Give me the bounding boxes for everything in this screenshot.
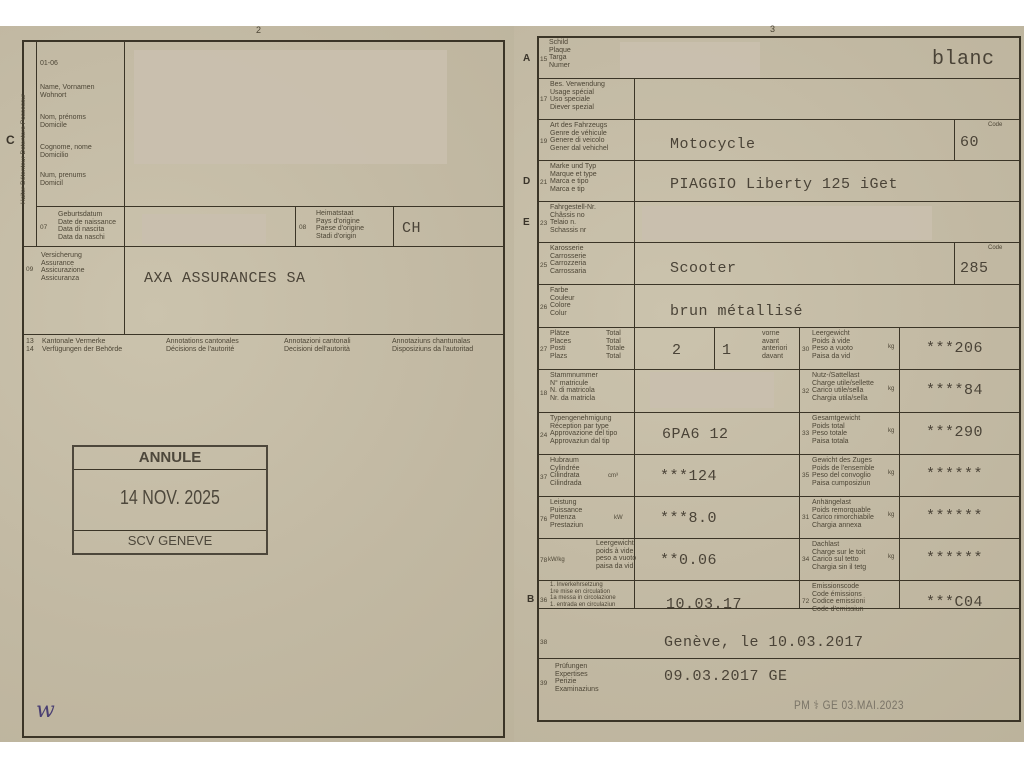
- trailer-load-value: ******: [926, 508, 983, 525]
- holder-label-de: Name, Vornamen Wohnort: [40, 84, 94, 99]
- holder-value-redacted: [134, 50, 447, 164]
- frame-top: [22, 40, 504, 42]
- vehicle-type-code: 19: [540, 138, 547, 145]
- divider: [537, 284, 1021, 285]
- vehicle-type-code-label: Code: [988, 122, 1002, 128]
- seats-label-total: Total Total Totale Total: [606, 330, 625, 360]
- first-registration-label: 1. Inverkehrsetzung 1re mise en circulat…: [550, 582, 616, 608]
- left-page: 2 C Halter Détenteur Detentore Possessur…: [0, 26, 516, 742]
- vehicle-type-label: Art des Fahrzeugs Genre de véhicule Gene…: [550, 122, 608, 152]
- train-weight-unit: kg: [888, 470, 894, 476]
- frame-bottom: [22, 736, 505, 738]
- cancel-stamp-office: SCV GENEVE: [74, 533, 266, 548]
- displacement-label: Hubraum Cylindrée Cilindrata Cilindrada: [550, 457, 582, 487]
- train-weight-value: ******: [926, 466, 983, 483]
- payload-value: ****84: [926, 382, 983, 399]
- inspection-stamp: PM ⚕ GE 03.MAI.2023: [794, 698, 904, 712]
- frame-top: [537, 36, 1021, 38]
- seats-code: 27: [540, 346, 547, 353]
- inspections-code: 39: [540, 680, 547, 687]
- divider: [22, 334, 504, 335]
- color-code: 26: [540, 304, 547, 311]
- issued-code: 38: [540, 639, 547, 646]
- divider: [537, 369, 1021, 370]
- divider: [537, 538, 1021, 539]
- total-weight-value: ***290: [926, 424, 983, 441]
- roof-load-label: Dachlast Charge sur le toit Carico sul t…: [812, 541, 866, 571]
- vehicle-type-value: Motocycle: [670, 136, 756, 153]
- section-letter-b: B: [527, 594, 534, 605]
- make-model-label: Marke und Typ Marque et type Marca e tip…: [550, 163, 597, 193]
- power-unit: kW: [614, 515, 623, 521]
- plate-value-redacted: [620, 42, 760, 78]
- trailer-load-unit: kg: [888, 512, 894, 518]
- inspections-label: Prüfungen Expertises Perizie Examinaziun…: [555, 663, 599, 693]
- chassis-label: Fahrgestell-Nr. Châssis no Telaio n. Sch…: [550, 204, 596, 234]
- divider: [537, 412, 1021, 413]
- origin-code: 08: [299, 224, 306, 231]
- displacement-unit: cm³: [608, 473, 618, 479]
- first-registration-value: 10.03.17: [666, 596, 742, 613]
- plate-code: 15: [540, 56, 547, 63]
- first-registration-code: 36: [540, 597, 547, 604]
- divider: [537, 658, 1021, 659]
- total-weight-unit: kg: [888, 428, 894, 434]
- color-label: Farbe Couleur Colore Colur: [550, 287, 575, 317]
- payload-label: Nutz-/Sattellast Charge utile/sellette C…: [812, 372, 874, 402]
- seats-front-value: 1: [722, 342, 732, 359]
- divider: [36, 40, 37, 246]
- special-use-code: 17: [540, 96, 547, 103]
- frame-bottom: [537, 720, 1021, 722]
- roof-load-value: ******: [926, 550, 983, 567]
- divider: [537, 242, 1021, 243]
- power-label: Leistung Puissance Potenza Prestaziun: [550, 499, 583, 529]
- body-value: Scooter: [670, 260, 737, 277]
- body-code-value: 285: [960, 260, 989, 277]
- vehicle-type-code-value: 60: [960, 134, 979, 151]
- divider: [537, 201, 1021, 202]
- displacement-value: ***124: [660, 468, 717, 485]
- annotations-label-it: Annotazioni cantonali Decisioni dell'aut…: [284, 338, 351, 353]
- empty-weight-value: ***206: [926, 340, 983, 357]
- origin-label: Heimatstaat Pays d'origine Paese d'origi…: [316, 210, 364, 240]
- issued-value: Genève, le 10.03.2017: [664, 634, 864, 651]
- section-letter-a: A: [523, 53, 530, 64]
- matricule-label: Stammnummer N° matricule N. di matricola…: [550, 372, 598, 402]
- insurance-label: Versicherung Assurance Assicurazione Ass…: [41, 252, 85, 282]
- plate-label: Schild Plaque Targa Numer: [549, 39, 571, 69]
- power-ratio-value: **0.06: [660, 552, 717, 569]
- power-code: 76: [540, 516, 547, 523]
- trailer-load-code: 31: [802, 514, 809, 521]
- birthdate-value-redacted: [142, 214, 266, 244]
- matricule-value-redacted: [650, 372, 774, 408]
- divider: [74, 530, 266, 531]
- seats-front-label: vorne avant anteriori davant: [762, 330, 787, 360]
- divider: [537, 119, 1021, 120]
- empty-weight-unit: kg: [888, 344, 894, 350]
- make-model-code: 21: [540, 179, 547, 186]
- divider: [954, 242, 955, 284]
- divider: [124, 40, 125, 335]
- frame-right: [503, 40, 505, 738]
- body-label: Karosserie Carrosserie Carrozzeria Carro…: [550, 245, 586, 275]
- empty-weight-code: 30: [802, 346, 809, 353]
- empty-weight-label: Leergewicht Poids à vide Peso a vuoto Pa…: [812, 330, 853, 360]
- divider: [22, 246, 504, 247]
- frame-right: [1019, 36, 1021, 722]
- chassis-value-redacted: [642, 206, 932, 240]
- annotations-label-rm: Annotaziuns chantunalas Disposiziuns da …: [392, 338, 473, 353]
- power-ratio-unit: kW/kg: [548, 557, 565, 563]
- divider: [295, 206, 296, 246]
- divider: [537, 496, 1021, 497]
- roof-load-unit: kg: [888, 554, 894, 560]
- divider: [954, 119, 955, 160]
- holder-label-fr: Nom, prénoms Domicile: [40, 114, 86, 129]
- color-value: brun métallisé: [670, 303, 803, 320]
- seats-label: Plätze Places Posti Plazs: [550, 330, 571, 360]
- divider: [537, 454, 1021, 455]
- matricule-code: 18: [540, 390, 547, 397]
- payload-unit: kg: [888, 386, 894, 392]
- total-weight-code: 33: [802, 430, 809, 437]
- roof-load-code: 34: [802, 556, 809, 563]
- type-approval-code: 24: [540, 432, 547, 439]
- special-use-label: Bes. Verwendung Usage spécial Uso specia…: [550, 81, 605, 111]
- holder-field-code: 01-06: [40, 60, 58, 68]
- power-ratio-code: 78: [540, 557, 547, 564]
- train-weight-code: 35: [802, 472, 809, 479]
- birthdate-label: Geburtsdatum Date de naissance Data di n…: [58, 211, 116, 241]
- plate-color: blanc: [932, 48, 995, 71]
- divider: [537, 160, 1021, 161]
- section-letter-d: D: [523, 176, 530, 187]
- right-page: 3 A 15 Schild Plaque Targa Numer blanc 1…: [514, 26, 1024, 742]
- annotations-label-de: Kantonale Vermerke Verfügungen der Behör…: [42, 338, 122, 353]
- handwritten-mark: w: [36, 698, 55, 723]
- total-weight-label: Gesamtgewicht Poids total Peso totale Pa…: [812, 415, 860, 445]
- train-weight-label: Gewicht des Zuges Poids de l'ensemble Pe…: [812, 457, 874, 487]
- trailer-load-label: Anhängelast Poids remorquable Carico rim…: [812, 499, 874, 529]
- seats-total-value: 2: [672, 342, 682, 359]
- type-approval-label: Typengenehmigung Réception par type Appr…: [550, 415, 617, 445]
- section-letter-c: C: [6, 133, 15, 147]
- cancel-stamp: ANNULE 14 NOV. 2025 SCV GENEVE: [72, 445, 268, 555]
- section-letter-e: E: [523, 217, 530, 228]
- holder-label-it: Cognome, nome Domicilio: [40, 144, 92, 159]
- body-code-label: Code: [988, 245, 1002, 251]
- divider: [537, 580, 1021, 581]
- power-value: ***8.0: [660, 510, 717, 527]
- insurance-value: AXA ASSURANCES SA: [144, 270, 306, 287]
- annotations-label-fr: Annotations cantonales Décisions de l'au…: [166, 338, 239, 353]
- holder-vertical-label: Halter Détenteur Detentore Possessur: [20, 94, 27, 204]
- annotations-codes: 13 14: [26, 338, 34, 353]
- page-number-left: 2: [256, 25, 261, 35]
- divider: [714, 327, 715, 369]
- divider: [537, 327, 1021, 328]
- frame-left: [537, 36, 539, 722]
- chassis-code: 23: [540, 220, 547, 227]
- power-ratio-label: Leergewicht poids à vide peso a vuoto pa…: [596, 540, 636, 570]
- divider: [74, 469, 266, 470]
- inspections-value: 09.03.2017 GE: [664, 668, 788, 685]
- holder-label-rm: Num, prenums Domicil: [40, 172, 86, 187]
- displacement-code: 37: [540, 474, 547, 481]
- divider: [393, 206, 394, 246]
- cancel-stamp-date: 14 NOV. 2025: [93, 487, 247, 510]
- page-number-right: 3: [770, 24, 775, 34]
- cancel-stamp-title: ANNULE: [74, 449, 266, 466]
- emission-code-field: 72: [802, 598, 809, 605]
- origin-value: CH: [402, 220, 421, 237]
- insurance-code: 09: [26, 266, 33, 273]
- divider: [537, 78, 1021, 79]
- body-code: 25: [540, 262, 547, 269]
- divider: [537, 608, 1021, 609]
- divider: [36, 206, 504, 207]
- make-model-value: PIAGGIO Liberty 125 iGet: [670, 176, 898, 193]
- payload-code: 32: [802, 388, 809, 395]
- type-approval-value: 6PA6 12: [662, 426, 729, 443]
- birthdate-code: 07: [40, 224, 47, 231]
- label-column-divider: [634, 78, 635, 608]
